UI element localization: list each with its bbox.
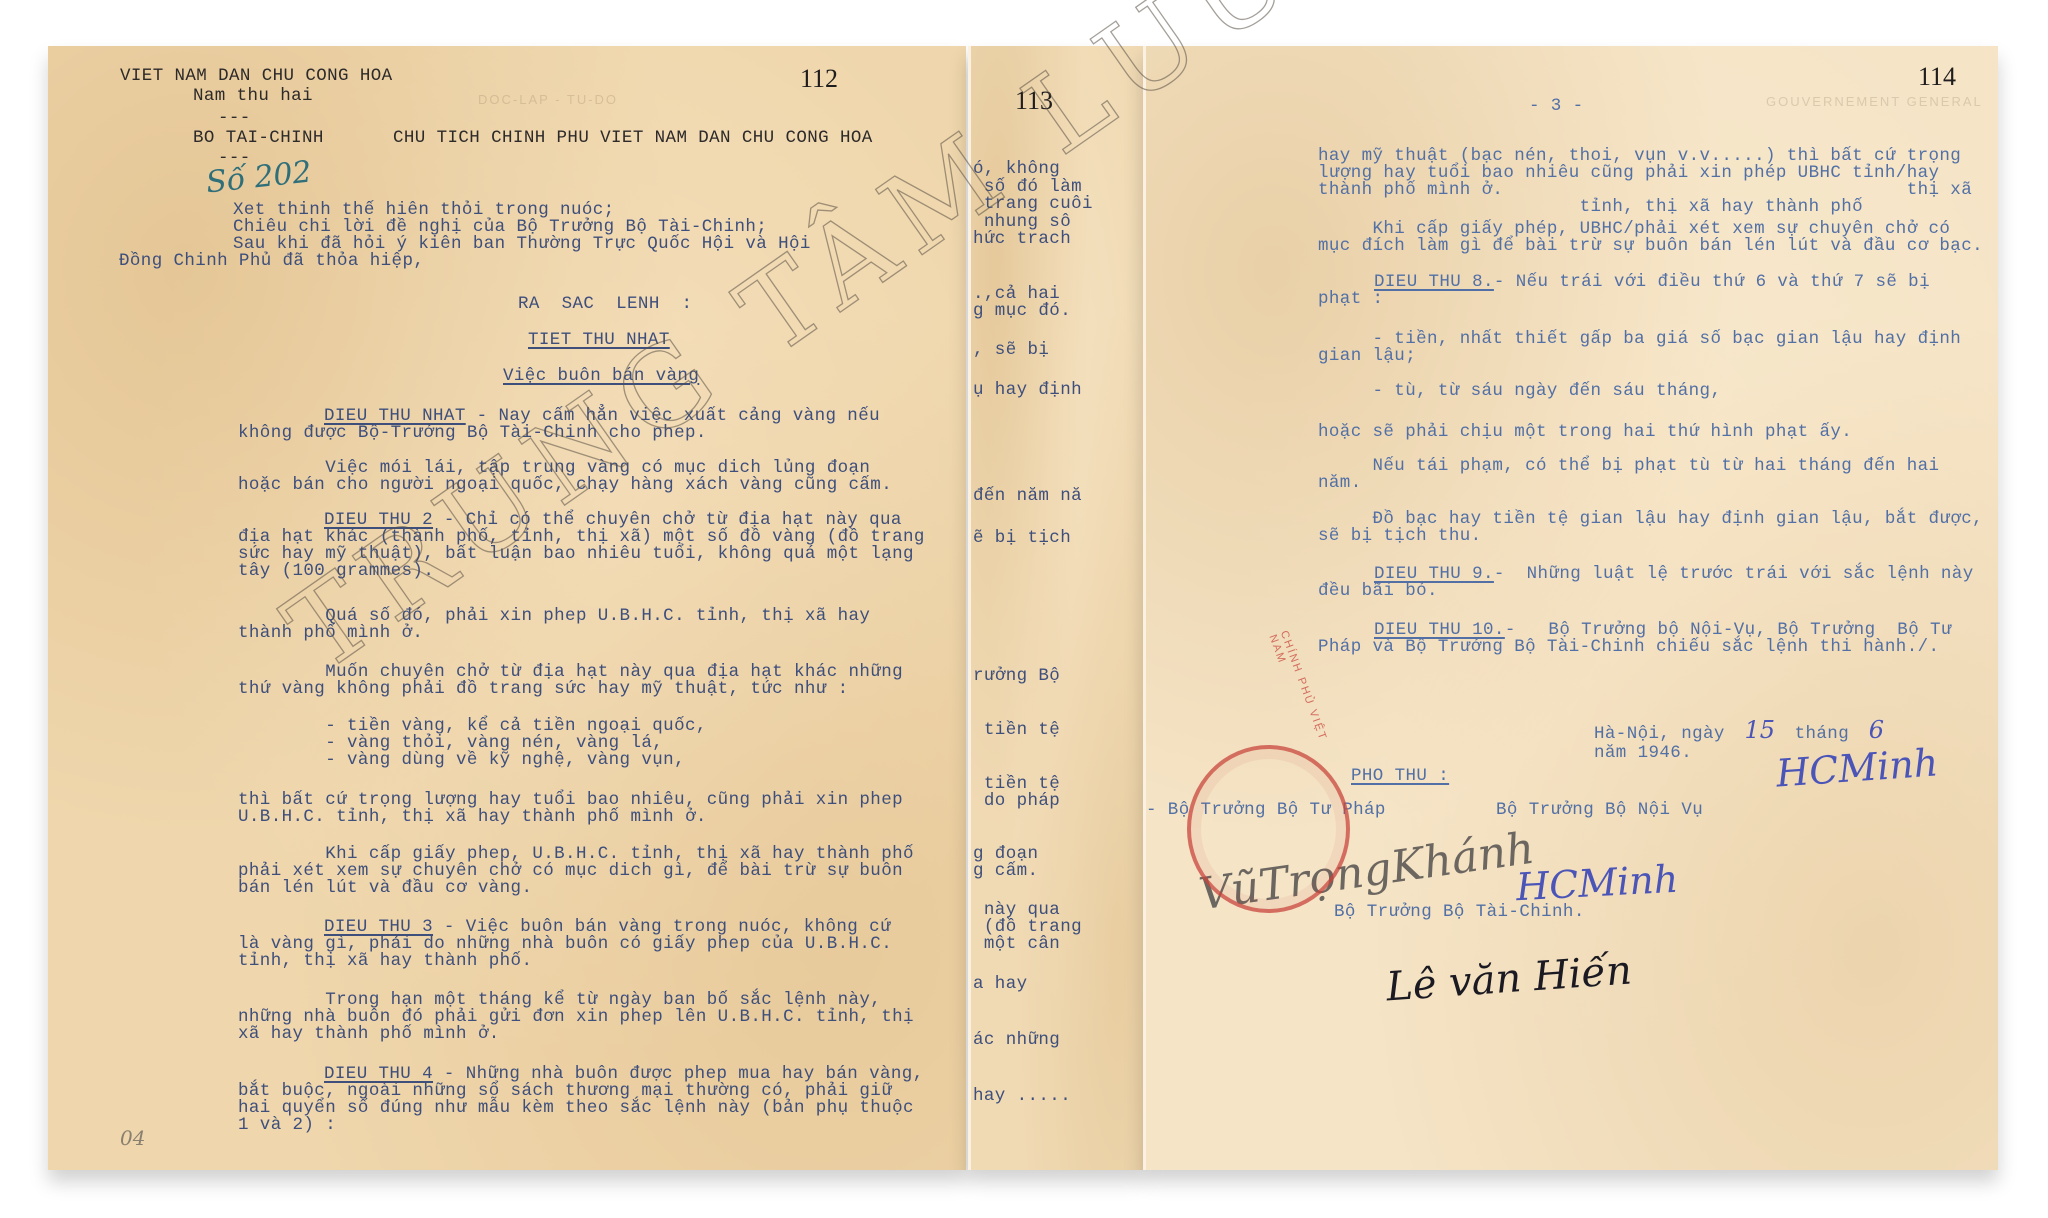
page-113-fragments: .,cả hai g mục đó. (973, 286, 1071, 320)
article-text: hai quyển sổ đúng như mẫu kèm theo sắc l… (238, 1100, 924, 1117)
fragment: hức trach (973, 231, 1093, 249)
official-seal: CHÍNH PHỦ VIỆT NAM (1187, 745, 1350, 913)
preamble-line: Đồng Chinh Phủ đã thỏa hiệp, (119, 253, 811, 270)
article-text: - Nếu trái với điều thứ 6 và thứ 7 sẽ bị (1494, 272, 1930, 292)
page-number: 114 (1918, 62, 1956, 92)
paragraph-line: tỉnh, thị xã hay thành phố (1318, 199, 1972, 216)
list-item: gian lậu; (1318, 348, 1961, 365)
article-label: DIEU THU 8. (1374, 272, 1494, 292)
page-112: 112 DOC-LAP - TU-DO VIET NAM DAN CHU CON… (48, 46, 966, 1170)
article-10: DIEU THU 10.- Bộ Trưởng bộ Nội-Vụ, Bộ Tr… (1318, 622, 1952, 656)
paragraph-line: thành phố mình ở. (238, 625, 870, 642)
paragraph-line: Nếu tái phạm, có thể bị phạt tù từ hai t… (1318, 458, 1939, 475)
paragraph-line: bán lén lút và đầu cơ vàng. (238, 880, 914, 897)
paragraph: Việc mói lái, tập trung vàng có mục dich… (238, 460, 892, 494)
date-month: 6 (1869, 716, 1884, 744)
margin-note: 04 (120, 1126, 145, 1150)
fragment: ẽ bị tịch (973, 530, 1071, 547)
article-text: đều bãi bỏ. (1318, 583, 1974, 600)
paragraph-line: sẽ bị tịch thu. (1318, 528, 1983, 545)
article-text: 1 và 2) : (238, 1117, 924, 1134)
header-dash: --- (218, 110, 251, 127)
paragraph-line: thứ vàng không phải đồ trang sức hay mỹ … (238, 681, 903, 698)
article-8: DIEU THU 8.- Nếu trái với điều thứ 6 và … (1318, 274, 1930, 308)
fragment: hay ..... (973, 1088, 1071, 1105)
date-prefix: Hà-Nội, ngày (1594, 724, 1725, 744)
article-2: DIEU THU 2 - Chỉ có thể chuyên chở từ đị… (238, 512, 925, 580)
date-month-label: tháng (1795, 724, 1850, 744)
paragraph: Trong hạn một tháng kể từ ngày ban bố sắ… (238, 992, 914, 1043)
article-text: - Những luật lệ trước trái với sắc lệnh … (1494, 564, 1974, 584)
bleed-through-text: GOUVERNEMENT GENERAL (1766, 94, 1983, 109)
intro-paragraph: hay mỹ thuật (bạc nén, thoi, vụn v.v....… (1318, 148, 1972, 216)
date-year: năm 1946. (1594, 743, 1692, 763)
countersign-finance: Bộ Trưởng Bộ Tài-Chinh. (1334, 904, 1585, 921)
paragraph-line: U.B.H.C. tỉnh, thị xã hay thành phố mình… (238, 809, 903, 826)
article-text: tỉnh, thị xã hay thành phố. (238, 953, 892, 970)
countersign-interior: Bộ Trưởng Bộ Nội Vụ (1496, 802, 1703, 819)
page-marker: - 3 - (1529, 98, 1584, 115)
paragraph-line: hoặc bán cho người ngoại quốc, chạy hàng… (238, 477, 892, 494)
article-text: phạt : (1318, 291, 1930, 308)
decree-heading: RA SAC LENH : (518, 296, 692, 313)
header-issuer: CHU TICH CHINH PHU VIET NAM DAN CHU CONG… (393, 130, 873, 147)
fragment: một cân (973, 936, 1082, 953)
list-item: - tù, từ sáu ngày đến sáu tháng, (1318, 383, 1961, 400)
date-day: 15 (1744, 716, 1775, 744)
permit-paragraph: Khi cấp giấy phép, UBHC/phải xét xem sự … (1318, 221, 1983, 255)
article-text: Pháp và Bộ Trưởng Bộ Tài-Chinh chiếu sắc… (1318, 639, 1952, 656)
fragment: tiền tệ (973, 722, 1060, 739)
fragment: a hay (973, 976, 1028, 993)
fragment: đến năm nă (973, 488, 1082, 505)
fragment: ó, không (973, 161, 1093, 179)
header-country: VIET NAM DAN CHU CONG HOA (120, 68, 393, 85)
article-4: DIEU THU 4 - Những nhà buôn được phep mu… (238, 1066, 924, 1134)
confiscation-paragraph: Đồ bạc hay tiền tệ gian lậu hay định gia… (1318, 511, 1983, 545)
preamble: Xet thinh thế hiên thỏi trong nuóc; Chiê… (233, 202, 811, 270)
fragment: ác những (973, 1032, 1060, 1049)
finance-signature: Lê văn Hiến (1385, 947, 1634, 1010)
page-number: 113 (1015, 86, 1053, 116)
fragment: trang cuôi (973, 196, 1093, 214)
paragraph-line: mục đích làm gì để bài trừ sự buôn bán l… (1318, 238, 1983, 255)
bleed-through-text: DOC-LAP - TU-DO (478, 92, 618, 107)
fragment: rưởng Bộ (973, 668, 1060, 685)
list-item: - vàng dùng về kỹ nghệ, vàng vụn, (238, 752, 707, 769)
paragraph-line: năm. (1318, 475, 1939, 492)
paragraph: Muốn chuyên chở từ địa hạt này qua địa h… (238, 664, 903, 698)
fragment: g cấm. (973, 863, 1038, 880)
page-113-fragments: này qua (đồ trang một cân (973, 902, 1082, 953)
paragraph: thì bất cứ trọng lượng hay tuổi bao nhiê… (238, 792, 903, 826)
paragraph-line: xã hay thành phố mình ở. (238, 1026, 914, 1043)
article-text: tây (100 grammes). (238, 563, 925, 580)
page-113: 113 ó, không số đó làm trang cuôi nhung … (968, 46, 1143, 1170)
gold-type-list: - tiền vàng, kể cả tiền ngoại quốc, - và… (238, 718, 707, 769)
paragraph: Khi cấp giấy phep, U.B.H.C. tỉnh, thị xã… (238, 846, 914, 897)
fragment: ụ hay định (973, 382, 1082, 399)
article-1: DIEU THU NHAT - Nay cấm hẳn việc xuất cả… (238, 408, 880, 442)
page-114: 114 - 3 - GOUVERNEMENT GENERAL hay mỹ th… (1143, 46, 1998, 1170)
page-number: 112 (800, 64, 838, 94)
section-title: TIET THU NHAT (528, 332, 670, 349)
repeat-offence-paragraph: Nếu tái phạm, có thể bị phạt tù từ hai t… (1318, 458, 1939, 492)
page-113-fragments: g đoạn g cấm. (973, 846, 1038, 880)
fragment: g mục đó. (973, 303, 1071, 320)
article-3: DIEU THU 3 - Việc buôn bán vàng trong nu… (238, 919, 892, 970)
article-text: không được Bộ-Trưởng Bộ Tài-Chinh cho ph… (238, 425, 880, 442)
fragment: , sẽ bị (973, 342, 1049, 359)
page-113-fragments: ó, không số đó làm trang cuôi nhung sô h… (973, 161, 1093, 249)
page-113-fragments: tiền tệ do pháp (973, 776, 1060, 810)
header-ministry: BO TAI-CHINH (193, 130, 324, 147)
section-subtitle: Việc buôn bán vàng (503, 368, 699, 385)
countersign-heading: PHO THU : (1351, 768, 1449, 785)
penalty-choice: hoặc sẽ phải chịu một trong hai thứ hình… (1318, 424, 1852, 441)
penalty-list: - tiền, nhất thiết gấp ba giá số bạc gia… (1318, 331, 1961, 400)
fragment: do pháp (973, 793, 1060, 810)
header-year: Nam thu hai (193, 88, 313, 105)
article-9: DIEU THU 9.- Những luật lệ trước trái vớ… (1318, 566, 1974, 600)
paragraph: Quá số đó, phải xin phep U.B.H.C. tỉnh, … (238, 608, 870, 642)
